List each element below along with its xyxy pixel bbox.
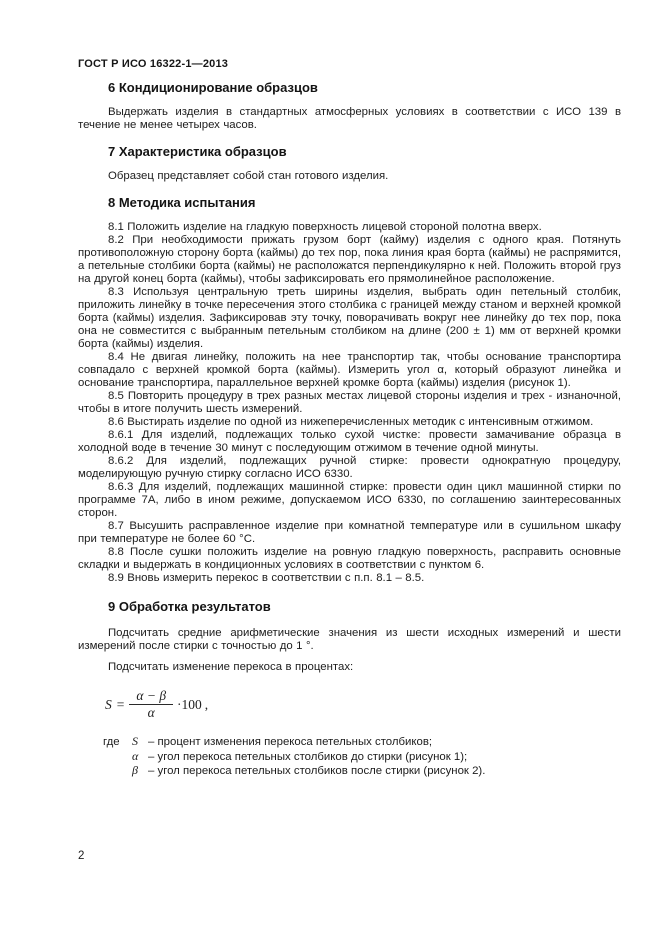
document-page: ГОСТ Р ИСО 16322-1—2013 6 Кондиционирова… — [78, 58, 621, 779]
paragraph-8-6-1: 8.6.1 Для изделий, подлежащих только сух… — [78, 429, 621, 455]
paragraph-8-4: 8.4 Не двигая линейку, положить на нее т… — [78, 351, 621, 390]
formula-multiplier: ·100 — [177, 697, 202, 713]
paragraph-8-1: 8.1 Положить изделие на гладкую поверхно… — [78, 221, 621, 234]
paragraph-8-6-2: 8.6.2 Для изделий, подлежащих ручной сти… — [78, 455, 621, 481]
formula-numerator: α − β — [129, 689, 173, 705]
paragraph-skew-change: Подсчитать изменение перекоса в процента… — [78, 661, 621, 674]
legend-row-beta: β – угол перекоса петельных столбиков по… — [103, 764, 621, 779]
paragraph-8-6: 8.6 Выстирать изделие по одной из нижепе… — [78, 416, 621, 429]
formula-fraction: α − β α — [129, 689, 173, 720]
section-8-method: 8 Методика испытания 8.1 Положить издели… — [78, 195, 621, 585]
section-heading: 8 Методика испытания — [108, 195, 621, 211]
paragraph-8-5: 8.5 Повторить процедуру в трех разных ме… — [78, 390, 621, 416]
formula-lhs: S — [105, 697, 112, 713]
paragraph-8-6-3: 8.6.3 Для изделий, подлежащих машинной с… — [78, 481, 621, 520]
skew-change-formula: S = α − β α ·100 , — [105, 689, 621, 720]
paragraph-8-2: 8.2 При необходимости прижать грузом бор… — [78, 234, 621, 286]
paragraph-8-7: 8.7 Высушить расправленное изделие при к… — [78, 520, 621, 546]
section-heading: 6 Кондиционирование образцов — [108, 80, 621, 96]
paragraph-8-9: 8.9 Вновь измерить перекос в соответстви… — [78, 572, 621, 585]
formula-legend: где S – процент изменения перекоса петел… — [103, 735, 621, 779]
section-9-results: 9 Обработка результатов Подсчитать средн… — [78, 599, 621, 779]
page-number: 2 — [78, 850, 84, 862]
section-heading: 7 Характеристика образцов — [108, 144, 621, 160]
paragraph-8-8: 8.8 После сушки положить изделие на ровн… — [78, 546, 621, 572]
paragraph: Выдержать изделия в стандартных атмосфер… — [78, 106, 621, 132]
legend-symbol-beta: β — [132, 764, 148, 778]
formula-comma: , — [205, 697, 208, 713]
legend-text: – угол перекоса петельных столбиков посл… — [148, 765, 621, 779]
section-heading: 9 Обработка результатов — [108, 599, 621, 615]
legend-text: – процент изменения перекоса петельных с… — [148, 736, 621, 750]
section-6-conditioning: 6 Кондиционирование образцов Выдержать и… — [78, 80, 621, 132]
section-7-specimen: 7 Характеристика образцов Образец предст… — [78, 144, 621, 183]
paragraph-8-3: 8.3 Используя центральную треть ширины и… — [78, 286, 621, 351]
legend-row-s: где S – процент изменения перекоса петел… — [103, 735, 621, 750]
paragraph-averages: Подсчитать средние арифметические значен… — [78, 627, 621, 653]
legend-symbol-s: S — [132, 735, 148, 749]
document-code: ГОСТ Р ИСО 16322-1—2013 — [78, 58, 621, 71]
formula-denominator: α — [148, 705, 155, 720]
legend-text: – угол перекоса петельных столбиков до с… — [148, 751, 621, 765]
paragraph: Образец представляет собой стан готового… — [78, 170, 621, 183]
legend-where-label: где — [103, 736, 132, 750]
formula-equals: = — [117, 697, 125, 713]
legend-symbol-alpha: α — [132, 750, 148, 764]
legend-row-alpha: α – угол перекоса петельных столбиков до… — [103, 750, 621, 765]
